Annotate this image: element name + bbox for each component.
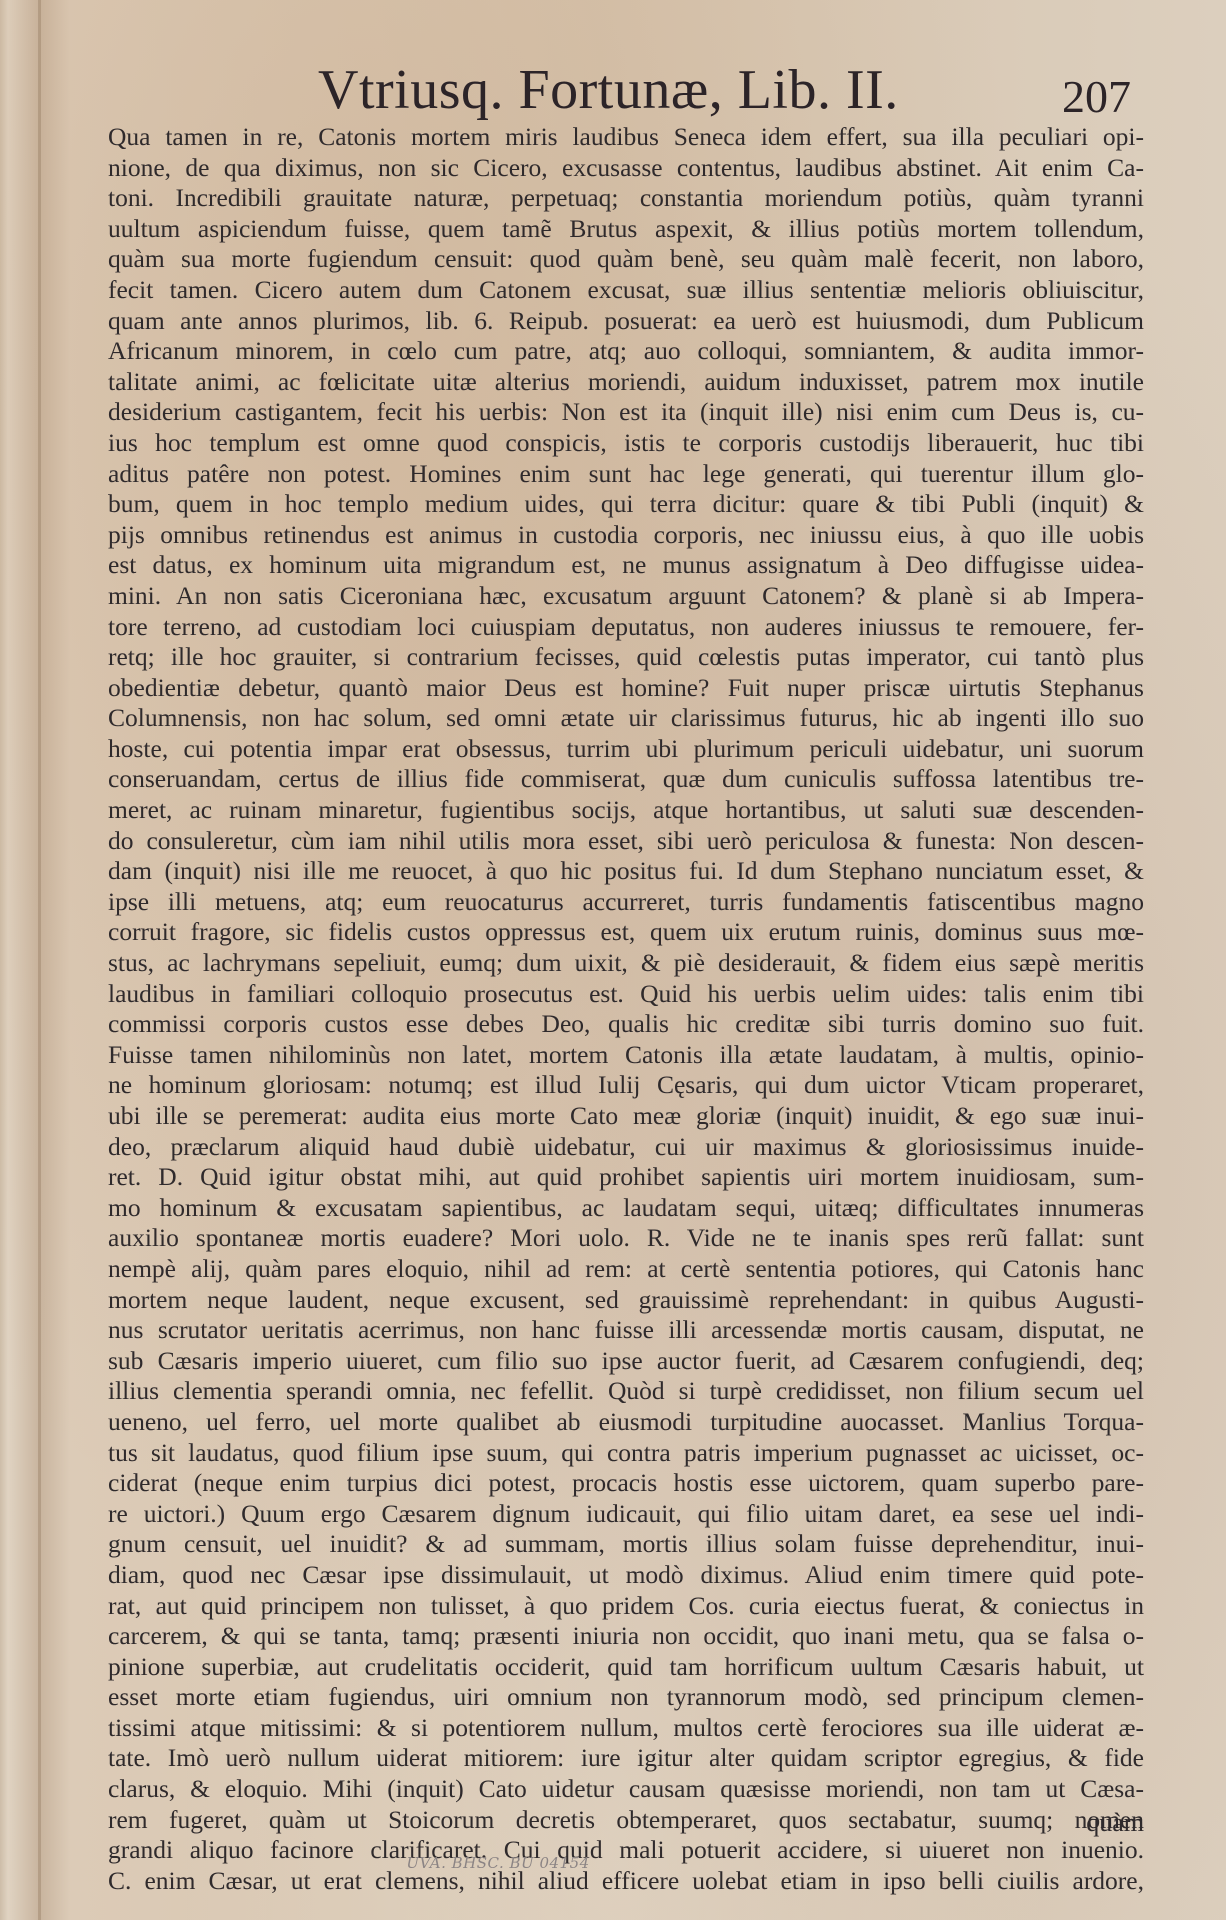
text-line: re uictori.) Quum ergo Cæsarem dignum iu… [108, 1499, 1144, 1530]
text-line: clarus, & eloquio. Mihi (inquit) Cato ui… [108, 1774, 1144, 1805]
text-line: diam, quod nec Cæsar ipse dissimulauit, … [108, 1560, 1144, 1591]
text-line: retq; ille hoc grauiter, si contrarium f… [108, 642, 1144, 673]
text-line: obedientiæ debetur, quantò maior Deus es… [108, 673, 1144, 704]
running-title: Vtriusq. Fortunæ, Lib. II. [318, 58, 899, 122]
text-line: Africanum minorem, in cœlo cum patre, at… [108, 336, 1144, 367]
text-line: esset morte etiam fugiendus, uiri omnium… [108, 1682, 1144, 1713]
text-line: tus sit laudatus, quod filium ipse suum,… [108, 1438, 1144, 1469]
text-line: nus scrutator ueritatis acerrimus, non h… [108, 1315, 1144, 1346]
binding-gutter [38, 0, 41, 1920]
text-line: quàm sua morte fugiendum censuit: quod q… [108, 244, 1144, 275]
text-line: do consuleretur, cùm iam nihil utilis mo… [108, 826, 1144, 857]
text-line: ubi ille se peremerat: audita eius morte… [108, 1101, 1144, 1132]
text-line: talitate animi, ac fœlicitate uitæ alter… [108, 367, 1144, 398]
text-line: ius hoc templum est omne quod conspicis,… [108, 428, 1144, 459]
library-stamp: UVA. BHSC. BU 04154 [298, 1854, 698, 1872]
text-line: ne hominum gloriosam: notumq; est illud … [108, 1070, 1144, 1101]
text-line: nione, de qua diximus, non sic Cicero, e… [108, 153, 1144, 184]
text-line: desiderium castigantem, fecit his uerbis… [108, 397, 1144, 428]
text-line: hoste, cui potentia impar erat obsessus,… [108, 734, 1144, 765]
text-line: mo hominum & excusatam sapientibus, ac l… [108, 1193, 1144, 1224]
text-line: ipse illi metuens, atq; eum reuocaturus … [108, 887, 1144, 918]
text-line: sub Cæsaris imperio uiueret, cum filio s… [108, 1346, 1144, 1377]
text-line: rat, aut quid principem non tulisset, à … [108, 1591, 1144, 1622]
text-line: laudibus in familiari colloquio prosecut… [108, 979, 1144, 1010]
text-line: uultum aspiciendum fuisse, quem tamẽ Bru… [108, 214, 1144, 245]
text-line: corruit fragore, sic fidelis custos oppr… [108, 917, 1144, 948]
text-line: deo, præclarum aliquid haud dubiè uideba… [108, 1132, 1144, 1163]
text-line: gnum censuit, uel inuidit? & ad summam, … [108, 1529, 1144, 1560]
text-line: toni. Incredibili grauitate naturæ, perp… [108, 183, 1144, 214]
page-header: Vtriusq. Fortunæ, Lib. II. 207 [0, 48, 1226, 128]
text-line: mortem neque laudent, neque excusent, se… [108, 1285, 1144, 1316]
catchword: quàm [1040, 1808, 1144, 1838]
text-line: conseruandam, certus de illius fide comm… [108, 764, 1144, 795]
text-line: nempè alij, quàm pares eloquio, nihil ad… [108, 1254, 1144, 1285]
text-line: tore terreno, ad custodiam loci cuiuspia… [108, 612, 1144, 643]
text-line: auxilio spontaneæ mortis euadere? Mori u… [108, 1223, 1144, 1254]
text-line: rem fugeret, quàm ut Stoicorum decretis … [108, 1805, 1144, 1836]
text-line: pijs omnibus retinendus est animus in cu… [108, 520, 1144, 551]
text-line: Fuisse tamen nihilominùs non latet, mort… [108, 1040, 1144, 1071]
text-line: stus, ac lachrymans sepeliuit, eumq; dum… [108, 948, 1144, 979]
text-line: dam (inquit) nisi ille me reuocet, à quo… [108, 856, 1144, 887]
body-text: Qua tamen in re, Catonis mortem miris la… [108, 122, 1144, 1896]
text-line: ciderat (neque enim turpius dici potest,… [108, 1468, 1144, 1499]
book-page: Vtriusq. Fortunæ, Lib. II. 207 Qua tamen… [0, 0, 1226, 1920]
text-line: tate. Imò uerò nullum uiderat mitiorem: … [108, 1743, 1144, 1774]
text-line: fecit tamen. Cicero autem dum Catonem ex… [108, 275, 1144, 306]
text-line: est datus, ex hominum uita migrandum est… [108, 550, 1144, 581]
text-line: bum, quem in hoc templo medium uides, qu… [108, 489, 1144, 520]
text-line: Columnensis, non hac solum, sed omni æta… [108, 703, 1144, 734]
text-line: ret. D. Quid igitur obstat mihi, aut qui… [108, 1162, 1144, 1193]
text-line: Qua tamen in re, Catonis mortem miris la… [108, 122, 1144, 153]
text-line: mini. An non satis Ciceroniana hæc, excu… [108, 581, 1144, 612]
text-line: pinione superbiæ, aut crudelitatis occid… [108, 1652, 1144, 1683]
text-line: ueneno, uel ferro, uel morte qualibet ab… [108, 1407, 1144, 1438]
text-line: illius clementia sperandi omnia, nec fef… [108, 1376, 1144, 1407]
text-line: commissi corporis custos esse debes Deo,… [108, 1009, 1144, 1040]
text-line: meret, ac ruinam minaretur, fugientibus … [108, 795, 1144, 826]
text-line: tissimi atque mitissimi: & si potentiore… [108, 1713, 1144, 1744]
text-line: aditus patêre non potest. Homines enim s… [108, 459, 1144, 490]
text-line: quam ante annos plurimos, lib. 6. Reipub… [108, 306, 1144, 337]
page-number: 207 [1062, 70, 1131, 123]
text-line: carcerem, & qui se tanta, tamq; præsenti… [108, 1621, 1144, 1652]
